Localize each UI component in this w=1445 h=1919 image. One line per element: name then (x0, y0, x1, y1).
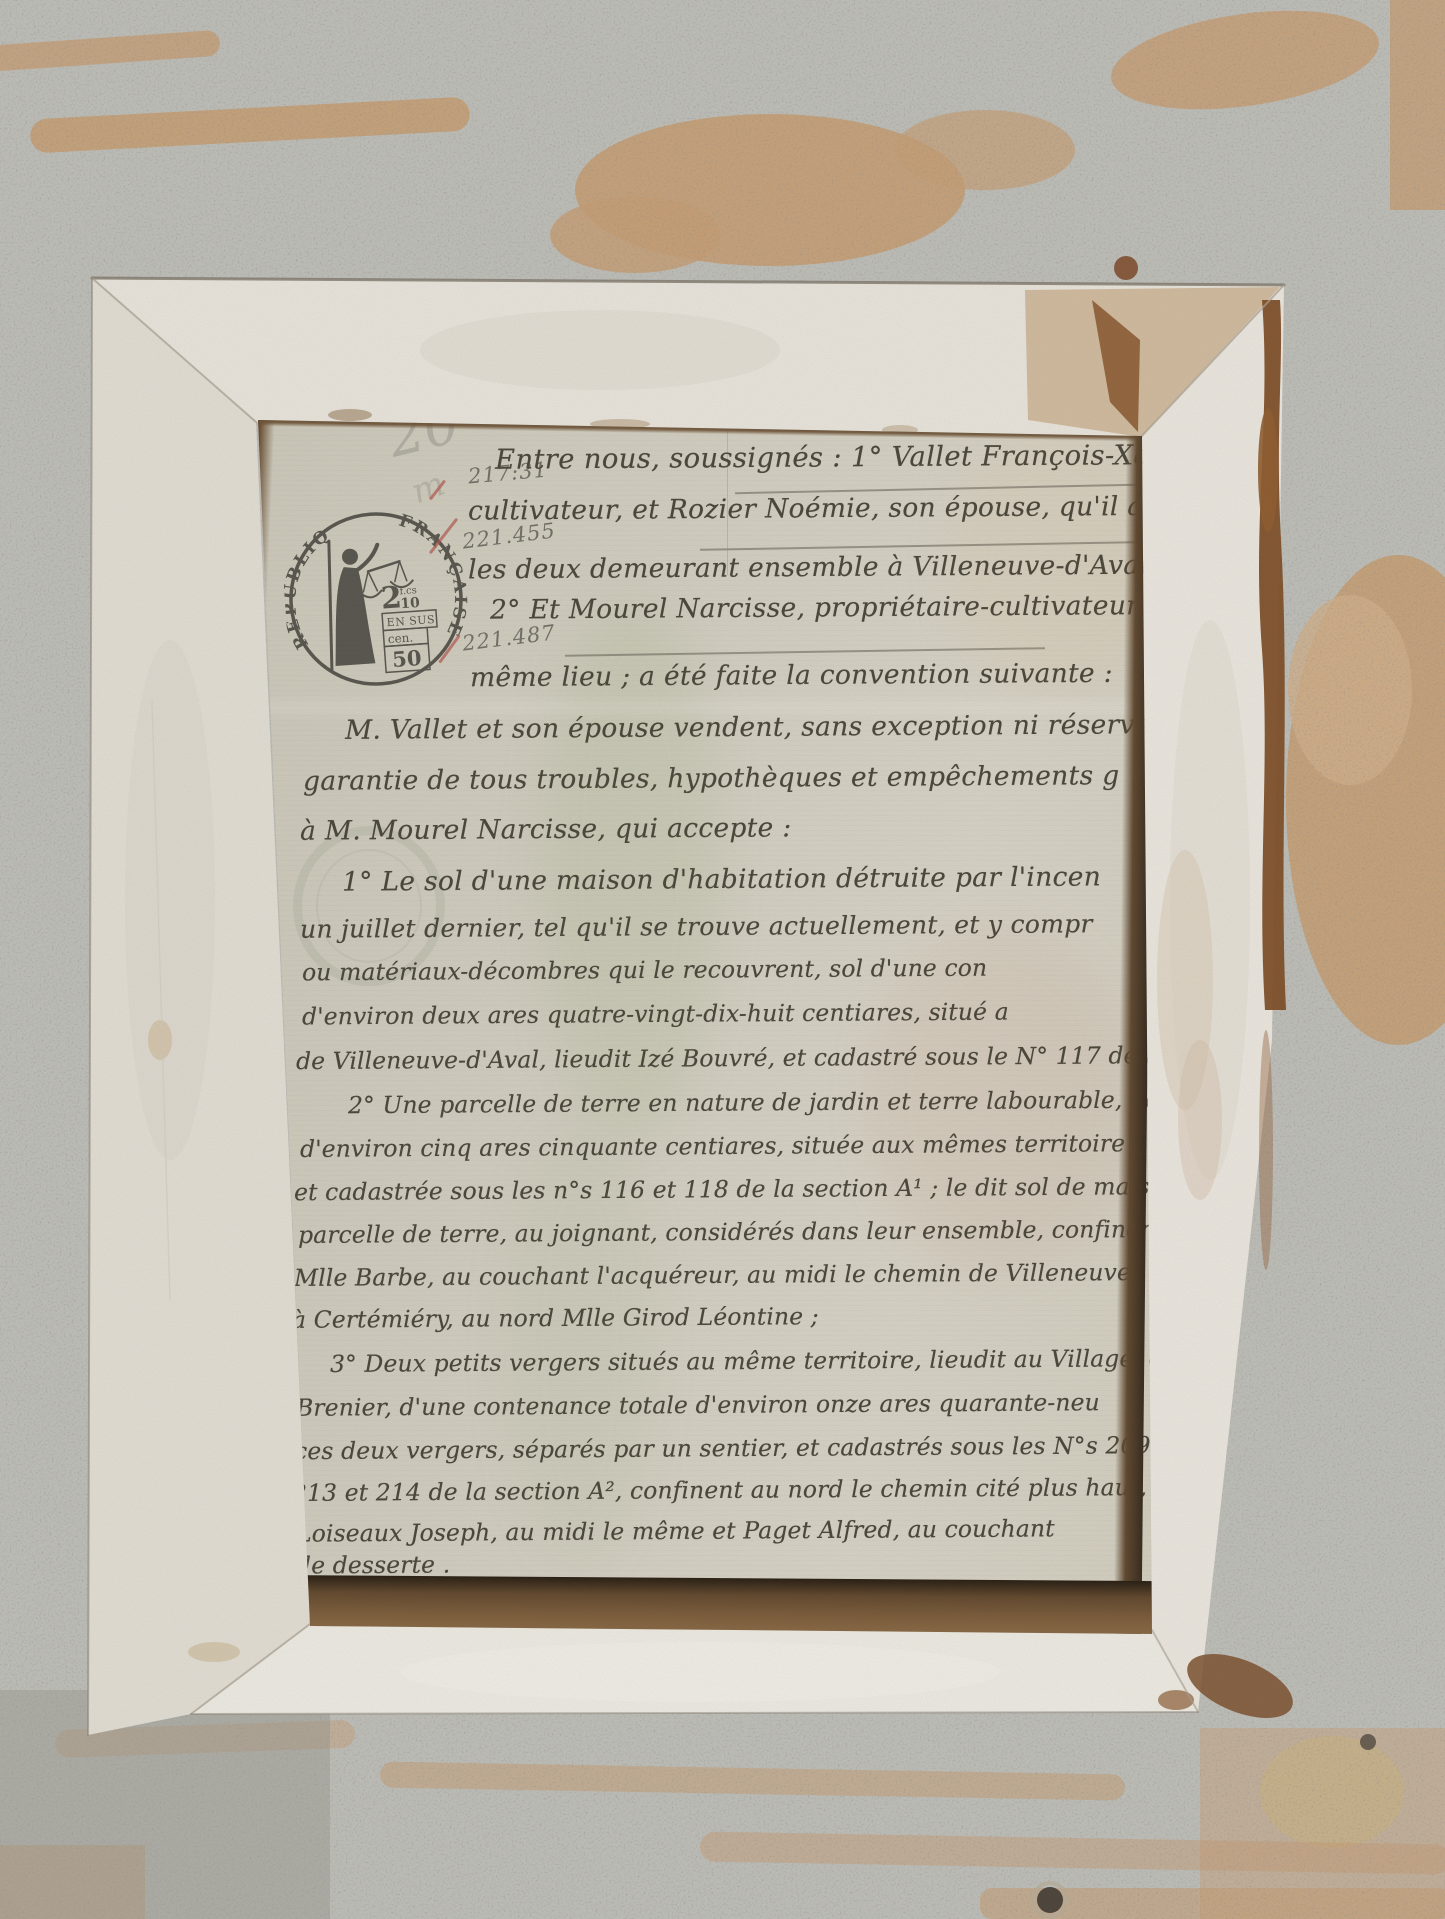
frame-bar-top (92, 278, 1284, 438)
framed-manuscript-photo: RÉPUBLIQUE FRANÇAISE (0, 0, 1445, 1919)
board-knot-hole (1037, 1887, 1063, 1913)
board-nail-dot (90, 1207, 100, 1217)
window-inner-shadow (0, 0, 1445, 1919)
window-rabbet-left (189, 414, 275, 1649)
frame-bar-bottom (191, 1624, 1198, 1714)
document-page: RÉPUBLIQUE FRANÇAISE (0, 0, 1445, 1919)
frame-bar-right (1140, 285, 1284, 1712)
